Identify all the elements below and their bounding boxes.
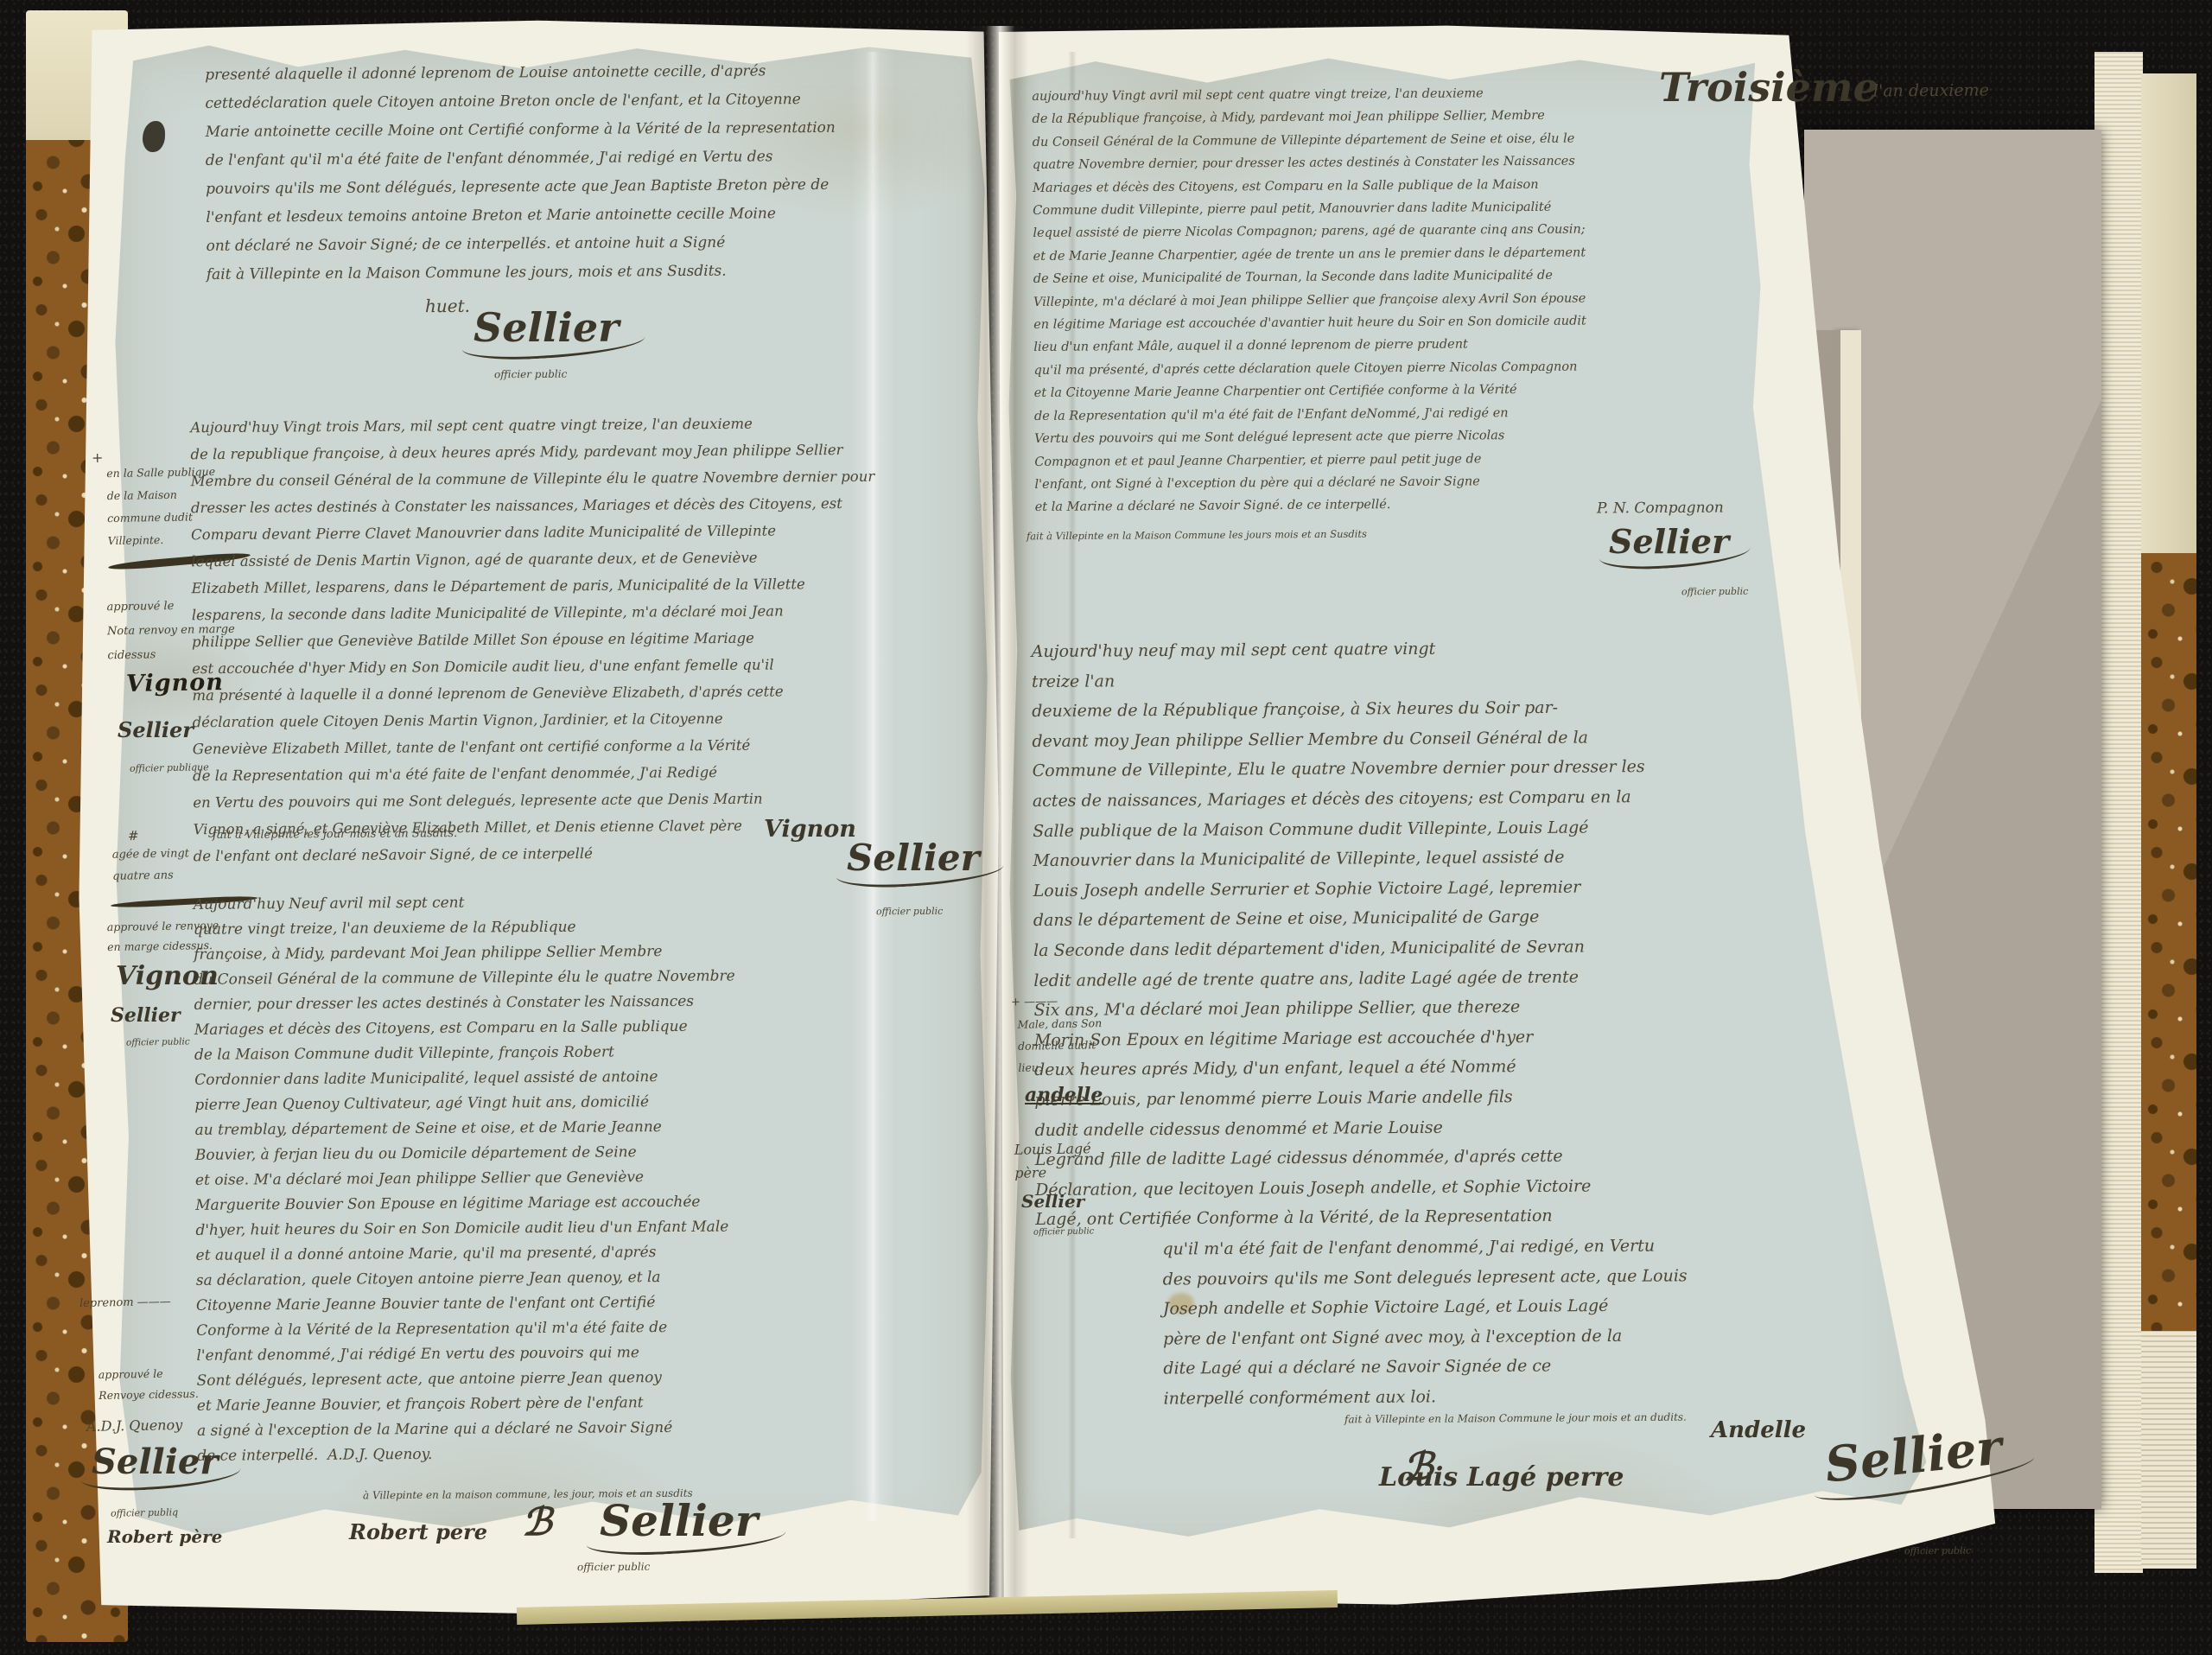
left-act2-text: Aujourd'huy Vingt trois Mars, mil sept c… [190, 409, 997, 869]
margin-sellier-signature-1: Sellier [118, 717, 194, 742]
margin-andelle-signature: andelle [1025, 1084, 1103, 1106]
right-cover-top [2141, 73, 2196, 553]
sellier-title-4: officier public [1681, 586, 1748, 598]
right-cover-bottom-edges [2141, 1331, 2196, 1569]
margin-sellier-title-3: officier publiq [111, 1506, 178, 1518]
margin-robert-pere-signature: Robert père [107, 1526, 222, 1547]
margin-sellier-signature-4: Sellier [1021, 1191, 1084, 1212]
sellier-signature-4: Sellier [1609, 522, 1729, 561]
margin-note-approuve-1: approuvé le Nota renvoy en marge cidessu… [106, 594, 235, 669]
margin-note-leprenom: leprenom ——— [79, 1295, 171, 1310]
margin-sellier-title-4: officier public [1033, 1226, 1094, 1237]
margin-cross-mark-right: + ——— [1011, 996, 1058, 1009]
margin-quenoy-signature: A.D.J. Quenoy [86, 1416, 183, 1435]
sellier-signature-3: Sellier [600, 1495, 758, 1546]
margin-vignon-heavy: Vignon [126, 669, 224, 697]
margin-note-approuve-2: approuvé le renvoye en marge cidessus. [107, 915, 219, 957]
margin-cross-mark: + [92, 449, 104, 466]
robert-pere-signature: Robert pere [349, 1519, 487, 1544]
right-act2-closing: fait à Villepinte en la Maison Commune l… [1344, 1411, 1687, 1426]
left-act2-closing: fait à Villepinte les jour mois et an Su… [213, 827, 457, 842]
louis-lage-pere-signature: Louis Lagé perre [1379, 1462, 1624, 1493]
sellier-signature-2: Sellier [847, 837, 980, 879]
andelle-signature: Andelle [1711, 1417, 1806, 1443]
margin-sellier-signature-2: Sellier [111, 1004, 181, 1027]
right-marbled-cover-edge [2141, 553, 2196, 1331]
margin-louis-lage-pere: Louis Lagé père [1014, 1136, 1092, 1185]
margin-note-approuve-3: approuvé le Renvoye cidessus. [99, 1363, 199, 1406]
compagnon-signature: P. N. Compagnon [1597, 499, 1724, 517]
left-act1-text: presenté alaquelle il adonné leprenom de… [205, 56, 915, 290]
sellier-title-1: officier public [494, 368, 567, 381]
vignon-signature: Vignon [764, 816, 856, 843]
right-page-edge-stack [2094, 52, 2143, 1573]
sellier-signature-1: Sellier [474, 304, 619, 351]
margin-vignon-signature: Vignon [116, 961, 219, 991]
margin-sellier-title-1: officier publique [130, 761, 209, 774]
huet-signature: huet. [425, 296, 470, 316]
sellier-title-5: officier public [1904, 1545, 1971, 1557]
margin-sellier-signature-3: Sellier [92, 1442, 218, 1482]
margin-note-salle-publique: en la Salle publique de la Maison commun… [106, 461, 217, 552]
margin-sellier-title-2: officier public [126, 1036, 190, 1047]
paraph-flourish: ℬ [522, 1500, 552, 1544]
sellier-title-3: officier public [577, 1561, 650, 1574]
right-act2-text: Aujourd'huy neuf may mil sept cent quatr… [1032, 632, 1788, 1235]
right-act1-closing: fait à Villepinte en la Maison Commune l… [1027, 528, 1367, 543]
margin-hash-mark: # [128, 828, 139, 843]
left-act3-text: Aujourd'huy Neuf avril mil sept cent qua… [194, 888, 898, 1469]
right-act1-text: aujourd'huy Vingt avril mil sept cent qu… [1032, 80, 1769, 519]
act-header-year: l'an deuxieme [1873, 81, 1989, 101]
margin-note-agee: agée de vingt quatre ans [112, 843, 190, 888]
margin-note-male-domicile: Male, dans Son domicile audit lieu. [1017, 1012, 1103, 1079]
right-act2-text-indented: qu'il m'a été fait de l'enfant denommé, … [1162, 1230, 1794, 1414]
archival-scan-open-register: { "left": { "block1": "presenté alaquell… [0, 0, 2212, 1655]
